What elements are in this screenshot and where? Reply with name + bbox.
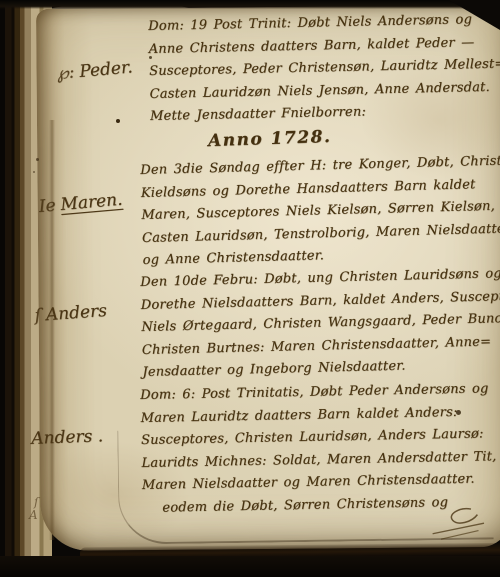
margin-name-label: Anders: [45, 301, 107, 325]
ink-spot: [36, 158, 39, 161]
margin-name-anders-2: Anders .: [26, 426, 103, 449]
margin-flourish: [26, 429, 27, 449]
baptism-entry-peder: Dom: 19 Post Trinit: Døbt Niels Andersøn…: [148, 8, 500, 128]
flourish-icon: [425, 504, 491, 544]
marginal-mark: ſ: [34, 495, 38, 509]
margin-name-label: Anders .: [31, 426, 103, 448]
photo-dark-top-edge: [0, 0, 500, 9]
baptism-entry-maren: Den 3die Søndag effter H: tre Konger, Dø…: [140, 150, 500, 272]
photo-dark-bottom-edge: [0, 556, 500, 577]
marginal-mark: A: [29, 508, 38, 522]
margin-flourish: ſ: [34, 306, 42, 326]
parish-register-photo: Dom: 19 Post Trinit: Døbt Niels Andersøn…: [0, 0, 500, 577]
margin-flourish: Ie: [38, 196, 56, 217]
ink-spot: [33, 171, 35, 173]
ink-spot: [116, 119, 120, 123]
baptism-entry-anders-2: Dom: 6: Post Trinitatis, Døbt Peder Ande…: [140, 378, 500, 520]
baptism-entry-anders-1: Den 10de Febru: Døbt, ung Christen Lauri…: [140, 263, 500, 384]
margin-flourish: ℘:: [56, 62, 75, 83]
